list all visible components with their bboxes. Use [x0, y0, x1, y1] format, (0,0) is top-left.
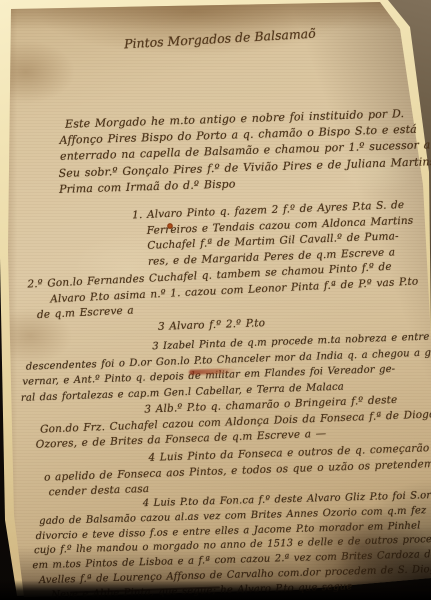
manuscript-photo: Pintos Morgados de Balsamaõ Este Morgado…	[0, 0, 431, 600]
ink-stain	[167, 223, 173, 229]
paragraph-intro: Este Morgado he m.to antigo e nobre foi …	[59, 105, 431, 198]
paragraph-entry-1: 1. Alvaro Pinto q. fazem 2 f.º de Ayres …	[132, 198, 415, 271]
paragraph-entry-4-luis: 4 Luis P.to da Fon.ca f.º deste Alvaro G…	[33, 488, 431, 600]
